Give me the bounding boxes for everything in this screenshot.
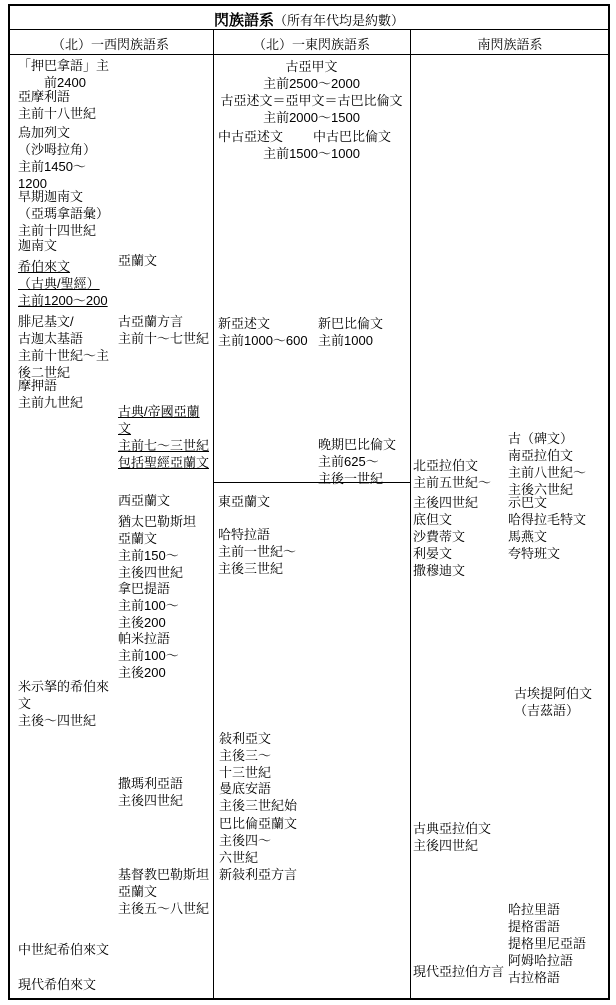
lang-block-old-aramaic-dialects: 古亞蘭方言 主前十～七世紀 [118,313,209,347]
lang-block-ugaritic: 烏加列文 （沙呣拉角） 主前1450～ 1200 [18,124,96,192]
lang-block-modern-ethiopic-group: 哈拉里語 提格雷語 提格里尼亞語 阿姆哈拉語 古拉格語 [508,901,586,986]
lang-block-neo-babylonian: 新巴比倫文 主前1000 [318,315,383,349]
lang-block-aramaic: 亞蘭文 [118,252,157,269]
lang-block-mandaic: 曼底安語 主後三世紀始 [219,780,297,814]
lang-block-old-south-arabic: 古（碑文） 南亞拉伯文 主前八世紀～ 主後六世紀 [508,430,586,498]
table-title-main: 閃族語系 [214,12,274,29]
lang-block-neo-syriac-dialects: 新敍利亞方言 [219,866,297,883]
lang-block-west-aramaic: 西亞蘭文 [118,492,170,509]
lang-block-early-canaanite: 早期迦南文 （亞瑪拿語彙） 主前十四世紀 [18,188,109,239]
lang-block-middle-assyrian: 中古亞述文 [218,128,283,145]
lang-block-jewish-palestinian-aramaic: 猶太巴勒斯坦 亞蘭文 主前150～ 主後四世紀 [118,513,196,581]
lang-block-classical-hebrew: 希伯來文 （古典/聖經） 主前1200～200 [18,258,108,309]
table-title-note: （所有年代均是約數） [274,13,404,28]
lang-block-palmyrene: 帕米拉語 主前100～ 主後200 [118,630,179,681]
lang-block-modern-arabic-dialects: 現代亞拉伯方言 [413,963,504,980]
lang-block-canaanite: 迦南文 [18,237,57,254]
lang-block-old-assyrian-babylonian: 古亞述文＝亞甲文＝古巴比倫文 主前2000～1500 [213,92,410,126]
lang-block-nabataean: 拿巴提語 主前100～ 主後200 [118,580,179,631]
lang-block-neo-assyrian: 新亞述文 主前1000～600 [218,315,308,349]
lang-block-classical-arabic: 古典亞拉伯文 主後四世紀 [413,820,491,854]
lang-block-modern-hebrew: 現代希伯來文 [18,976,96,993]
lang-block-mishnaic-hebrew: 米示拏的希伯來 文 主後～四世紀 [18,678,109,729]
lang-block-eblaite: 「押巴拿語」主 前2400 [18,57,109,91]
lang-block-moabite: 摩押語 主前九世紀 [18,377,83,411]
lang-block-christian-palestinian-aramaic: 基督教巴勒斯坦 亞蘭文 主後五～八世紀 [118,866,209,917]
lang-block-phoenician-punic: 腓尼基文/ 古迦太基語 主前十世紀～主 後二世紀 [18,313,109,381]
lang-block-medieval-hebrew: 中世紀希伯來文 [18,941,109,958]
lang-block-north-arabic-subgroups: 主後四世紀 底但文 沙費蒂文 利晏文 撒穆迪文 [413,494,478,579]
lang-block-imperial-aramaic: 古典/帝國亞蘭 文 主前七～三世紀 包括聖經亞蘭文 [118,403,209,471]
column-header-northeast-semitic: （北）一東閃族語系 [213,34,410,53]
header-row-divider [8,54,610,55]
lang-block-east-aramaic: 東亞蘭文 [218,493,270,510]
lang-block-babylonian-aramaic: 巴比倫亞蘭文 主後四～ 六世紀 [219,815,297,866]
lang-block-south-arabic-subgroups: 示巴文 哈得拉毛特文 馬燕文 夸特班文 [508,494,586,562]
column-divider-west-east [213,29,214,1000]
column-divider-east-south [410,29,411,1000]
column-header-south-semitic: 南閃族語系 [410,34,610,53]
lang-block-old-akkadian: 古亞甲文 主前2500～2000 [213,58,410,92]
table-title: 閃族語系（所有年代均是約數） [8,9,610,30]
column-header-northwest-semitic: （北）一西閃族語系 [8,34,213,53]
lang-block-late-babylonian: 晚期巴比倫文 主前625～ 主後一世紀 [318,436,396,487]
lang-block-middle-babylonian: 中古巴比倫文 [313,128,391,145]
lang-block-north-arabic: 北亞拉伯文 主前五世紀～ [413,457,491,491]
lang-block-amorite: 亞摩利語 主前十八世紀 [18,88,96,122]
lang-block-samaritan: 撒瑪利亞語 主後四世紀 [118,775,183,809]
semitic-language-family-chart: 閃族語系（所有年代均是約數） （北）一西閃族語系 （北）一東閃族語系 南閃族語系… [0,0,616,1005]
lang-block-syriac: 敍利亞文 主後三～ 十三世紀 [219,730,271,781]
lang-block-middle-period-date: 主前1500～1000 [213,145,410,162]
lang-block-old-ethiopic-geez: 古埃提阿伯文 （吉茲語） [514,685,592,719]
lang-block-hatran: 哈特拉語 主前一世紀～ 主後三世紀 [218,526,296,577]
